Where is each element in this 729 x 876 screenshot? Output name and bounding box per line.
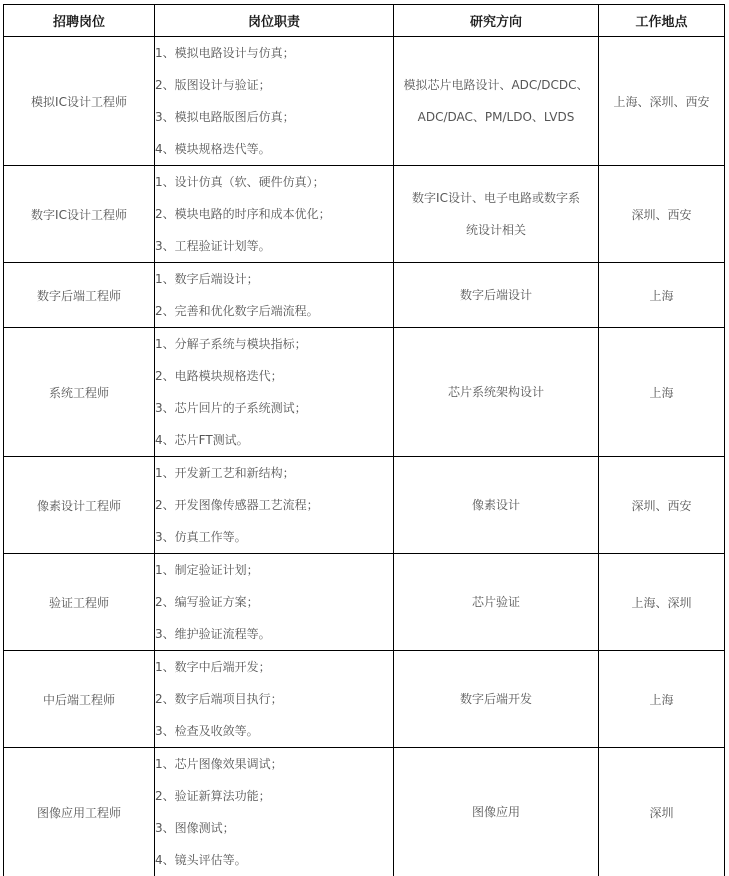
duty-item: 1、数字中后端开发； [155, 651, 393, 683]
direction-line: 数字后端设计 [394, 279, 598, 311]
duty-item: 1、制定验证计划； [155, 554, 393, 586]
duty-item: 1、分解子系统与模块指标； [155, 328, 393, 360]
position-cell: 数字后端工程师 [4, 263, 155, 328]
duty-item: 3、芯片回片的子系统测试； [155, 392, 393, 424]
duty-item: 2、验证新算法功能； [155, 780, 393, 812]
location-cell: 上海 [599, 328, 725, 457]
position-cell: 图像应用工程师 [4, 748, 155, 876]
direction-cell: 像素设计 [394, 457, 599, 554]
duties-cell: 1、分解子系统与模块指标； 2、电路模块规格迭代； 3、芯片回片的子系统测试； … [155, 328, 394, 457]
location-cell: 上海、深圳 [599, 554, 725, 651]
duty-item: 1、数字后端设计； [155, 263, 393, 295]
duty-item: 3、图像测试； [155, 812, 393, 844]
direction-line: 模拟芯片电路设计、ADC/DCDC、 [394, 69, 598, 101]
duties-cell: 1、数字后端设计； 2、完善和优化数字后端流程。 [155, 263, 394, 328]
position-cell: 模拟IC设计工程师 [4, 37, 155, 166]
duty-item: 3、检查及收敛等。 [155, 715, 393, 747]
position-cell: 像素设计工程师 [4, 457, 155, 554]
direction-cell: 芯片系统架构设计 [394, 328, 599, 457]
position-cell: 系统工程师 [4, 328, 155, 457]
direction-cell: 芯片验证 [394, 554, 599, 651]
duty-item: 2、编写验证方案； [155, 586, 393, 618]
duty-item: 2、完善和优化数字后端流程。 [155, 295, 393, 327]
duty-item: 4、模块规格迭代等。 [155, 133, 393, 165]
duty-item: 2、版图设计与验证； [155, 69, 393, 101]
duty-item: 3、维护验证流程等。 [155, 618, 393, 650]
duty-item: 1、模拟电路设计与仿真； [155, 37, 393, 69]
direction-cell: 数字后端开发 [394, 651, 599, 748]
table-row: 图像应用工程师 1、芯片图像效果调试； 2、验证新算法功能； 3、图像测试； 4… [4, 748, 725, 876]
direction-line: 数字IC设计、电子电路或数字系 [394, 182, 598, 214]
table-row: 数字后端工程师 1、数字后端设计； 2、完善和优化数字后端流程。 数字后端设计 … [4, 263, 725, 328]
duty-item: 3、仿真工作等。 [155, 521, 393, 553]
direction-cell: 数字后端设计 [394, 263, 599, 328]
direction-line: 芯片系统架构设计 [394, 376, 598, 408]
duty-item: 1、芯片图像效果调试； [155, 748, 393, 780]
table-row: 验证工程师 1、制定验证计划； 2、编写验证方案； 3、维护验证流程等。 芯片验… [4, 554, 725, 651]
duties-cell: 1、模拟电路设计与仿真； 2、版图设计与验证； 3、模拟电路版图后仿真； 4、模… [155, 37, 394, 166]
direction-line: 数字后端开发 [394, 683, 598, 715]
location-cell: 深圳、西安 [599, 166, 725, 263]
table-row: 数字IC设计工程师 1、设计仿真（软、硬件仿真）； 2、模块电路的时序和成本优化… [4, 166, 725, 263]
table-row: 模拟IC设计工程师 1、模拟电路设计与仿真； 2、版图设计与验证； 3、模拟电路… [4, 37, 725, 166]
table-row: 像素设计工程师 1、开发新工艺和新结构； 2、开发图像传感器工艺流程； 3、仿真… [4, 457, 725, 554]
duty-item: 1、开发新工艺和新结构； [155, 457, 393, 489]
table-header-row: 招聘岗位 岗位职责 研究方向 工作地点 [4, 5, 725, 37]
position-cell: 数字IC设计工程师 [4, 166, 155, 263]
duties-cell: 1、制定验证计划； 2、编写验证方案； 3、维护验证流程等。 [155, 554, 394, 651]
location-cell: 深圳、西安 [599, 457, 725, 554]
position-cell: 中后端工程师 [4, 651, 155, 748]
duty-item: 2、模块电路的时序和成本优化； [155, 198, 393, 230]
header-duties: 岗位职责 [155, 5, 394, 37]
table-row: 中后端工程师 1、数字中后端开发； 2、数字后端项目执行； 3、检查及收敛等。 … [4, 651, 725, 748]
duty-item: 3、工程验证计划等。 [155, 230, 393, 262]
direction-cell: 图像应用 [394, 748, 599, 876]
duty-item: 4、芯片FT测试。 [155, 424, 393, 456]
header-position: 招聘岗位 [4, 5, 155, 37]
direction-line: ADC/DAC、PM/LDO、LVDS [394, 101, 598, 133]
table-row: 系统工程师 1、分解子系统与模块指标； 2、电路模块规格迭代； 3、芯片回片的子… [4, 328, 725, 457]
job-openings-table: 招聘岗位 岗位职责 研究方向 工作地点 模拟IC设计工程师 1、模拟电路设计与仿… [3, 4, 725, 876]
header-location: 工作地点 [599, 5, 725, 37]
duty-item: 2、开发图像传感器工艺流程； [155, 489, 393, 521]
duties-cell: 1、芯片图像效果调试； 2、验证新算法功能； 3、图像测试； 4、镜头评估等。 [155, 748, 394, 876]
direction-line: 芯片验证 [394, 586, 598, 618]
direction-cell: 数字IC设计、电子电路或数字系 统设计相关 [394, 166, 599, 263]
direction-cell: 模拟芯片电路设计、ADC/DCDC、 ADC/DAC、PM/LDO、LVDS [394, 37, 599, 166]
duty-item: 4、镜头评估等。 [155, 844, 393, 876]
duty-item: 2、数字后端项目执行； [155, 683, 393, 715]
direction-line: 图像应用 [394, 796, 598, 828]
duties-cell: 1、开发新工艺和新结构； 2、开发图像传感器工艺流程； 3、仿真工作等。 [155, 457, 394, 554]
duty-item: 2、电路模块规格迭代； [155, 360, 393, 392]
location-cell: 上海 [599, 263, 725, 328]
duties-cell: 1、设计仿真（软、硬件仿真）； 2、模块电路的时序和成本优化； 3、工程验证计划… [155, 166, 394, 263]
location-cell: 上海、深圳、西安 [599, 37, 725, 166]
duty-item: 1、设计仿真（软、硬件仿真）； [155, 166, 393, 198]
duty-item: 3、模拟电路版图后仿真； [155, 101, 393, 133]
direction-line: 统设计相关 [394, 214, 598, 246]
direction-line: 像素设计 [394, 489, 598, 521]
location-cell: 上海 [599, 651, 725, 748]
position-cell: 验证工程师 [4, 554, 155, 651]
duties-cell: 1、数字中后端开发； 2、数字后端项目执行； 3、检查及收敛等。 [155, 651, 394, 748]
location-cell: 深圳 [599, 748, 725, 876]
header-direction: 研究方向 [394, 5, 599, 37]
